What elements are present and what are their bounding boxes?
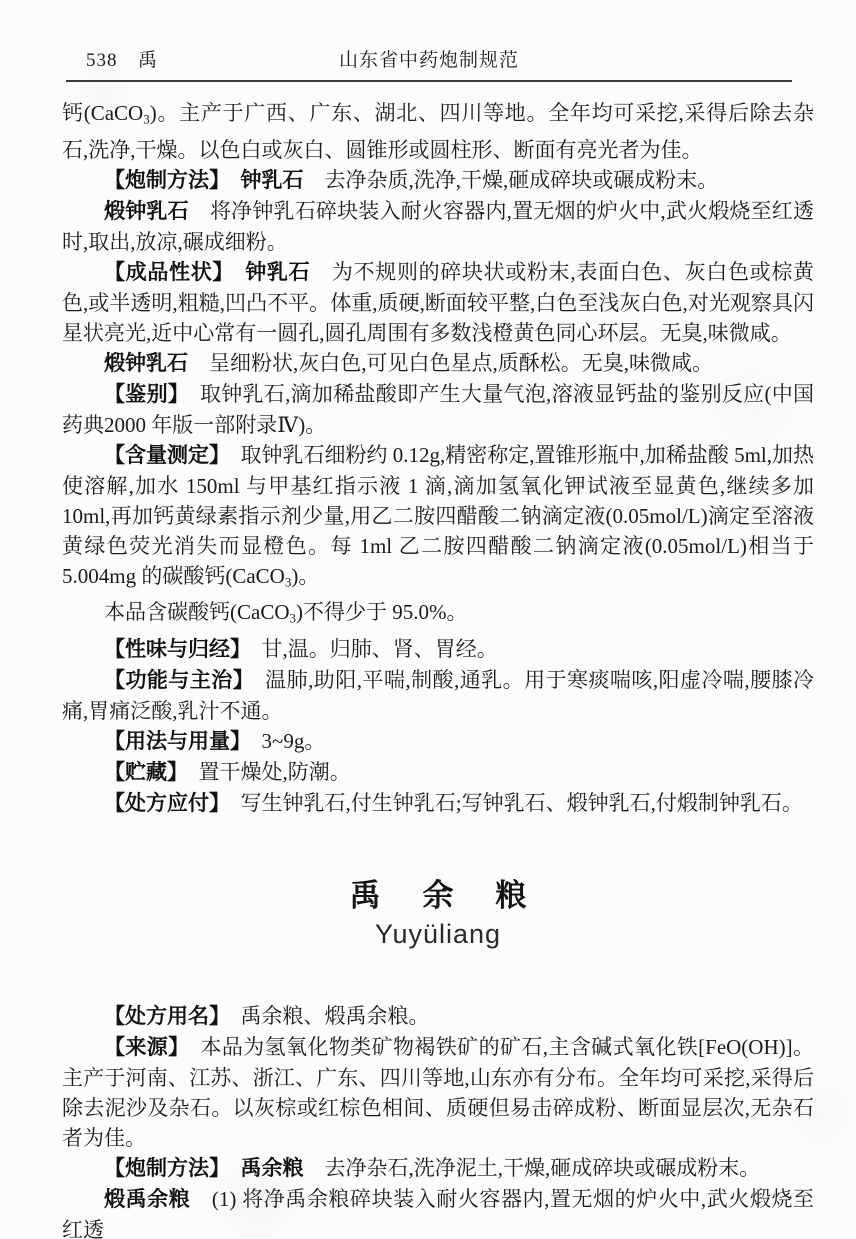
paragraph: 煅禹余粮 (1) 将净禹余粮碎块装入耐火容器内,置无烟的炉火中,武火煅烧至红透 xyxy=(62,1184,814,1239)
field-label-segment: 煅钟乳石 xyxy=(104,352,188,375)
text-segment: 去净杂质,洗净,干燥,砸成碎块或碾成粉末。 xyxy=(304,168,719,192)
field-label-segment: 【处方用名】 xyxy=(104,1005,220,1028)
text-segment: 甘,温。归肺、肾、胃经。 xyxy=(241,637,498,661)
field-label-segment: 煅钟乳石 xyxy=(104,200,189,223)
text-segment: 置干燥处,防潮。 xyxy=(178,760,351,784)
text-segment: 去净杂石,洗净泥土,干燥,砸成碎块或碾成粉末。 xyxy=(304,1156,761,1180)
field-label-segment: 【炮制方法】 钟乳石 xyxy=(104,169,304,192)
text-segment: 禹余粮、煅禹余粮。 xyxy=(220,1004,430,1028)
text-segment: )。 xyxy=(291,564,319,588)
text-segment: 3~9g。 xyxy=(241,729,326,753)
paragraph: 【处方应付】 写生钟乳石,付生钟乳石;写钟乳石、煅钟乳石,付煅制钟乳石。 xyxy=(62,788,814,819)
text-segment: 呈细粉状,灰白色,可见白色星点,质酥松。无臭,味微咸。 xyxy=(188,351,713,375)
field-label-segment: 【贮藏】 xyxy=(104,761,178,784)
drug-name-pinyin: Yuyüliang xyxy=(62,919,814,949)
field-label-segment: 【来源】 xyxy=(104,1036,179,1059)
paragraph: 【炮制方法】 禹余粮 去净杂石,洗净泥土,干燥,砸成碎块或碾成粉末。 xyxy=(62,1153,814,1184)
page-body: 钙(CaCO3)。主产于广西、广东、湖北、四川等地。全年均可采挖,采得后除去杂石… xyxy=(62,98,814,1239)
field-label-segment: 煅禹余粮 xyxy=(104,1188,190,1211)
article-heading: 禹余粮Yuyüliang xyxy=(62,881,814,949)
paragraph: 本品含碳酸钙(CaCO3)不得少于 95.0%。 xyxy=(62,597,814,634)
text-segment: 本品含碳酸钙(CaCO xyxy=(104,600,290,624)
paragraph: 【性味与归经】 甘,温。归肺、肾、胃经。 xyxy=(62,634,814,665)
paragraph: 煅钟乳石 呈细粉状,灰白色,可见白色星点,质酥松。无臭,味微咸。 xyxy=(62,348,814,379)
field-label-segment: 【含量测定】 xyxy=(104,444,220,467)
paragraph: 【来源】 本品为氢氧化物类矿物褐铁矿的矿石,主含碱式氧化铁[FeO(OH)]。主… xyxy=(62,1032,814,1153)
field-label-segment: 【功能与主治】 xyxy=(104,669,244,692)
scanned-document-page: 538 禹 山东省中药炮制规范 钙(CaCO3)。主产于广西、广东、湖北、四川等… xyxy=(0,0,856,1239)
paragraph: 【鉴别】 取钟乳石,滴加稀盐酸即产生大量气泡,溶液显钙盐的鉴别反应(中国药典20… xyxy=(62,379,814,440)
paragraph: 煅钟乳石 将净钟乳石碎块装入耐火容器内,置无烟的炉火中,武火煅烧至红透时,取出,… xyxy=(62,196,814,257)
paragraph: 【含量测定】 取钟乳石细粉约 0.12g,精密称定,置锥形瓶中,加稀盐酸 5ml… xyxy=(62,440,814,598)
field-label-segment: 【成品性状】 钟乳石 xyxy=(104,261,310,284)
field-label-segment: 【炮制方法】 禹余粮 xyxy=(104,1157,304,1180)
field-label-segment: 【处方应付】 xyxy=(104,792,220,815)
paragraph: 【处方用名】 禹余粮、煅禹余粮。 xyxy=(62,1001,814,1032)
text-segment: 钙(CaCO xyxy=(62,101,143,125)
text-segment: )不得少于 95.0%。 xyxy=(296,600,468,624)
field-label-segment: 【鉴别】 xyxy=(104,383,179,406)
field-label-segment: 【用法与用量】 xyxy=(104,730,241,753)
drug-name-title: 禹余粮 xyxy=(62,881,814,911)
page-header: 538 禹 山东省中药炮制规范 xyxy=(66,50,792,82)
paragraph: 【成品性状】 钟乳石 为不规则的碎块状或粉末,表面白色、灰白色或棕黄色,或半透明… xyxy=(62,257,814,348)
paragraph: 【功能与主治】 温肺,助阳,平喘,制酸,通乳。用于寒痰喘咳,阳虚冷喘,腰膝冷痛,… xyxy=(62,665,814,726)
field-label-segment: 【性味与归经】 xyxy=(104,638,241,661)
paragraph: 【炮制方法】 钟乳石 去净杂质,洗净,干燥,砸成碎块或碾成粉末。 xyxy=(62,165,814,196)
book-title: 山东省中药炮制规范 xyxy=(66,50,792,72)
text-segment: )。主产于广西、广东、湖北、四川等地。全年均可采挖,采得后除去杂石,洗净,干燥。… xyxy=(62,101,814,162)
paragraph: 【用法与用量】 3~9g。 xyxy=(62,726,814,757)
paragraph: 【贮藏】 置干燥处,防潮。 xyxy=(62,757,814,788)
text-segment: 写生钟乳石,付生钟乳石;写钟乳石、煅钟乳石,付煅制钟乳石。 xyxy=(220,791,803,815)
paragraph: 钙(CaCO3)。主产于广西、广东、湖北、四川等地。全年均可采挖,采得后除去杂石… xyxy=(62,98,814,165)
